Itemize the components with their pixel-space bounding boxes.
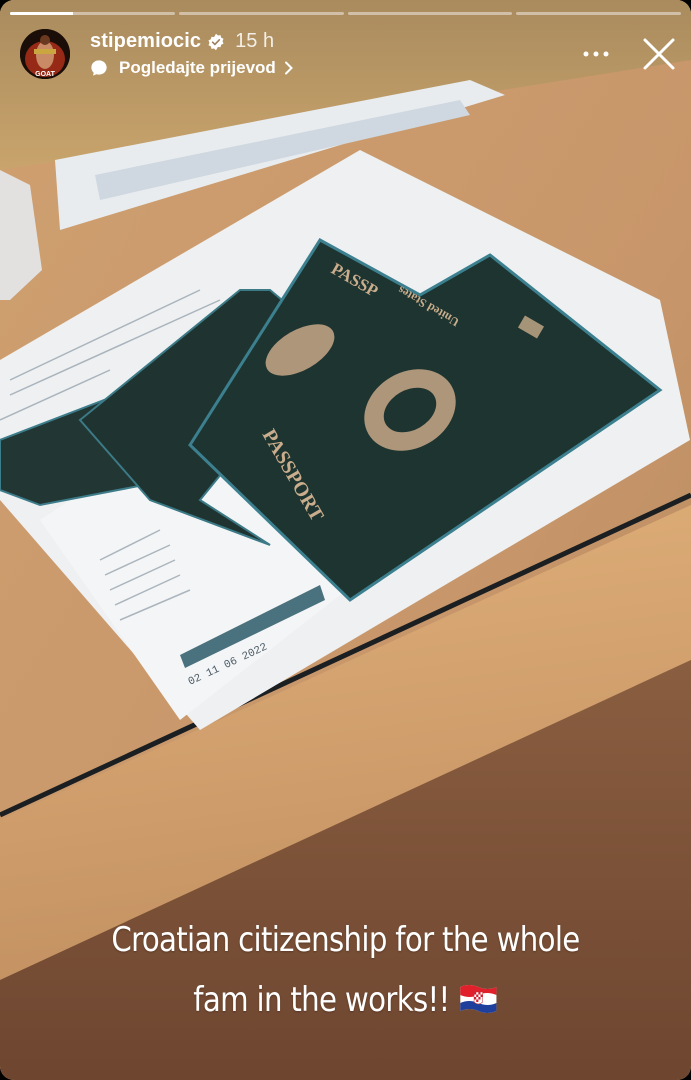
translation-label: Pogledajte prijevod [119, 58, 276, 78]
progress-segment [179, 12, 344, 15]
verified-badge-icon [207, 33, 225, 51]
speech-bubble-icon [90, 59, 108, 77]
story-progress-bar [10, 12, 681, 15]
more-options-icon[interactable] [581, 46, 611, 62]
caption-line-2: fam in the works!! [48, 970, 642, 1030]
see-translation-link[interactable]: Pogledajte prijevod [90, 58, 294, 78]
close-icon[interactable] [641, 36, 677, 72]
svg-text:GOAT: GOAT [35, 71, 55, 78]
progress-segment [10, 12, 175, 15]
progress-segment [348, 12, 513, 15]
story-viewer[interactable]: 02 11 06 2022 PASSPORT PASSP United Stat… [0, 0, 691, 1080]
username[interactable]: stipemiocic [90, 30, 201, 53]
caption-line-1: Croatian citizenship for the whole [48, 910, 642, 970]
avatar[interactable]: GOAT [20, 29, 70, 79]
timestamp: 15 h [235, 30, 274, 53]
progress-segment [516, 12, 681, 15]
username-row: stipemiocic 15 h [90, 30, 274, 53]
story-caption: Croatian citizenship for the whole fam i… [48, 910, 642, 1030]
chevron-right-icon [284, 61, 294, 75]
croatia-flag-icon [458, 983, 498, 1015]
story-header: GOAT stipemiocic 15 h Pogledajte prijevo… [0, 28, 691, 88]
